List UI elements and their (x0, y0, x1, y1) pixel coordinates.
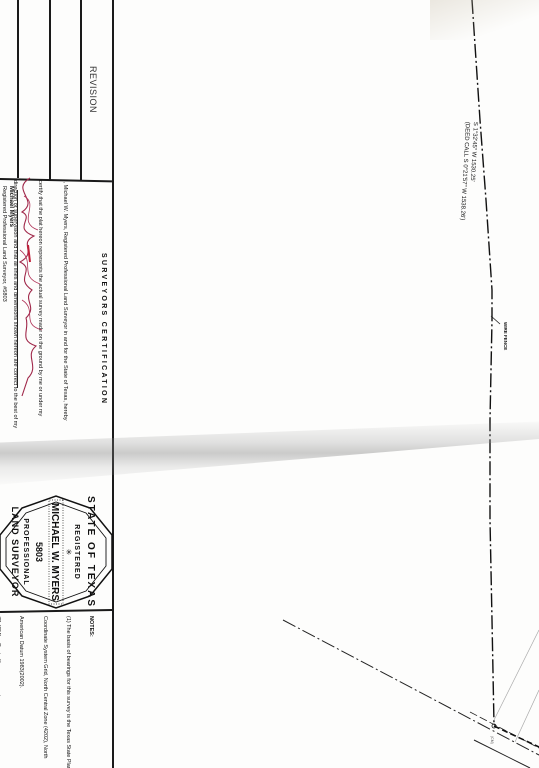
svg-text:MICHAEL W. MYERS: MICHAEL W. MYERS (49, 503, 60, 601)
boundary-bearing-label: S 1°32'45" W 1530.25' (469, 122, 478, 182)
revision-column-line (49, 0, 51, 180)
notes-divider (0, 609, 112, 612)
certification-title: SURVEYORS CERTIFICATION (100, 253, 107, 405)
notes-block: NOTES: (1) The basis of bearings for thi… (0, 616, 110, 768)
svg-text:5803: 5803 (34, 542, 44, 562)
corner-monument-label: (CM) (490, 736, 494, 744)
scan-shadow (430, 0, 539, 40)
svg-text:PROFESSIONAL: PROFESSIONAL (22, 518, 29, 585)
note-line: (1) The basis of bearings for this surve… (63, 616, 71, 768)
note-line: Coordinate System Grid, North Central Zo… (40, 616, 48, 768)
wire-fence-label: WIRE FENCE (503, 322, 508, 350)
svg-text:STATE OF TEXAS: STATE OF TEXAS (85, 496, 96, 608)
certification-line: I, Michael W. Myers, Registered Professi… (61, 180, 69, 428)
revision-column-line (80, 0, 82, 180)
signer-name: Michael Myers (8, 186, 14, 227)
svg-text:✳: ✳ (64, 549, 73, 556)
deed-call-label: (DEED CALL S 0°21'57" W 1538.26') (459, 122, 470, 221)
signer-title: Registered Professional Land Surveyor, #… (1, 186, 7, 302)
survey-plat-page: REVISION SURVEYORS CERTIFICATION I, Mich… (0, 0, 539, 768)
note-line: American Datum 1983(2002). (16, 616, 24, 768)
fold-crease-shadow (0, 418, 539, 488)
note-line: (2) (CM) = Controlling monument. (0, 616, 1, 768)
title-block-border (112, 0, 114, 768)
svg-text:LAND SURVEYOR: LAND SURVEYOR (10, 507, 20, 598)
revision-label: REVISION (88, 66, 98, 113)
signature-line (17, 190, 18, 388)
notes-title: NOTES: (87, 616, 95, 768)
svg-text:REGISTERED: REGISTERED (73, 524, 80, 580)
revision-column-line (17, 0, 19, 178)
certification-line: certify that the plat hereon represents … (36, 180, 44, 428)
